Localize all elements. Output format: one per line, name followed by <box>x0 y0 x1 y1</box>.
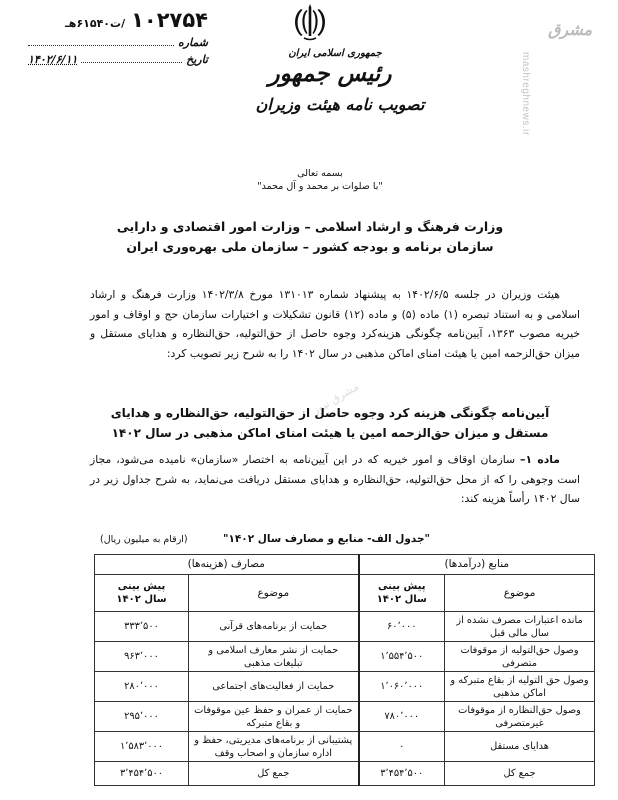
source-subject-cell: هدایای مستقل <box>445 732 595 762</box>
use-value-cell: ۲۸۰٬۰۰۰ <box>95 672 189 702</box>
forecast-header-line-1: پیش بینی <box>99 580 184 593</box>
use-subject-cell: حمایت از عمران و حفظ عین موقوفات و بقاع … <box>189 702 359 732</box>
addressees: وزارت فرهنگ و ارشاد اسلامی – وزارت امور … <box>100 217 520 257</box>
addressees-line-1: وزارت فرهنگ و ارشاد اسلامی – وزارت امور … <box>100 217 520 237</box>
source-value-cell: ۷۸۰٬۰۰۰ <box>359 702 445 732</box>
table-row: هدایای مستقل ۰ پشتیبانی از برنامه‌های مد… <box>95 732 595 762</box>
use-subject-cell: حمایت از نشر معارف اسلامی و تبلیغات مذهب… <box>189 642 359 672</box>
table-title: "جدول الف- منابع و مصارف سال ۱۴۰۲" <box>223 533 430 545</box>
table-total-row: جمع کل ۳٬۴۵۴٬۵۰۰ جمع کل ۳٬۴۵۴٬۵۰۰ <box>95 762 595 786</box>
regulation-title: آیین‌نامه چگونگی هزینه کرد وجوه حاصل از … <box>100 403 560 443</box>
use-value-cell: ۱٬۵۸۳٬۰۰۰ <box>95 732 189 762</box>
source-value-cell: ۶۰٬۰۰۰ <box>359 612 445 642</box>
bismillah-line-1: بسمه تعالی <box>150 167 490 180</box>
sources-header: منابع (درآمدها) <box>359 555 595 575</box>
regulation-title-line-2: مستقل و میزان حق‌الزحمه امین یا هیئت امن… <box>100 423 560 443</box>
table-row: مانده اعتبارات مصرف نشده از سال مالی قبل… <box>95 612 595 642</box>
budget-table: منابع (درآمدها) مصارف (هزینه‌ها) موضوع پ… <box>94 554 595 786</box>
table-column-header-row: موضوع پیش بینی سال ۱۴۰۲ موضوع پیش بینی س… <box>95 575 595 612</box>
use-subject-cell: حمایت از فعالیت‌های اجتماعی <box>189 672 359 702</box>
table-group-header-row: منابع (درآمدها) مصارف (هزینه‌ها) <box>95 555 595 575</box>
table-row: وصول حق‌التولیه از موقوفات متصرفی ۱٬۵۵۴٬… <box>95 642 595 672</box>
dotted-line <box>28 37 174 46</box>
use-value-cell: ۳۳۳٬۵۰۰ <box>95 612 189 642</box>
source-total-label: جمع کل <box>445 762 595 786</box>
intro-paragraph: هیئت وزیران در جلسه ۱۴۰۲/۶/۵ به پیشنهاد … <box>90 285 580 363</box>
regulation-title-line-1: آیین‌نامه چگونگی هزینه کرد وجوه حاصل از … <box>100 403 560 423</box>
letterhead: جمهوری اسلامی ایران رئیس جمهور تصویب نام… <box>200 48 450 114</box>
date-line: تاریخ ۱۴۰۲/۶/۱۱ <box>28 53 208 66</box>
iran-emblem-icon <box>290 2 330 42</box>
source-value-cell: ۰ <box>359 732 445 762</box>
use-subject-cell: حمایت از برنامه‌های قرآنی <box>189 612 359 642</box>
registration-stamp: ۱۰۲۷۵۴ /ت۶۱۵۴۰هـ شماره تاریخ ۱۴۰۲/۶/۱۱ <box>28 8 208 66</box>
use-forecast-header: پیش بینی سال ۱۴۰۲ <box>95 575 189 612</box>
source-forecast-header: پیش بینی سال ۱۴۰۲ <box>359 575 445 612</box>
table-row: وصول حق التولیه از بقاع متبرکه و اماکن م… <box>95 672 595 702</box>
use-value-cell: ۲۹۵٬۰۰۰ <box>95 702 189 732</box>
bismillah: بسمه تعالی "با صلوات بر محمد و آل محمد" <box>150 167 490 193</box>
source-value-cell: ۱٬۵۵۴٬۵۰۰ <box>359 642 445 672</box>
article-label: ماده ۱– <box>520 453 560 466</box>
forecast-header-line-1: پیش بینی <box>364 580 441 593</box>
article-text: سازمان اوقاف و امور خیریه که در این آیین… <box>90 453 580 505</box>
source-subject-cell: وصول حق‌التولیه از موقوفات متصرفی <box>445 642 595 672</box>
forecast-header-line-2: سال ۱۴۰۲ <box>99 593 184 606</box>
intro-text: هیئت وزیران در جلسه ۱۴۰۲/۶/۵ به پیشنهاد … <box>90 288 580 360</box>
number-line: شماره <box>28 36 208 49</box>
use-subject-cell: پشتیبانی از برنامه‌های مدیریتی، حفظ و اد… <box>189 732 359 762</box>
addressees-line-2: سازمان برنامه و بودجه کشور – سازمان ملی … <box>100 237 520 257</box>
dotted-line <box>81 54 182 63</box>
table-unit: (ارقام به میلیون ریال) <box>100 534 188 545</box>
decree-number: ۱۰۲۷۵۴ <box>131 8 208 32</box>
use-total-value: ۳٬۴۵۴٬۵۰۰ <box>95 762 189 786</box>
use-value-cell: ۹۶۳٬۰۰۰ <box>95 642 189 672</box>
source-subject-cell: وصول حق التولیه از بقاع متبرکه و اماکن م… <box>445 672 595 702</box>
source-value-cell: ۱٬۰۶۰٬۰۰۰ <box>359 672 445 702</box>
cabinet-approval-title: تصویب نامه هیئت وزیران <box>230 95 450 114</box>
bismillah-line-2: "با صلوات بر محمد و آل محمد" <box>150 180 490 193</box>
source-subject-cell: وصول حق‌النظاره از موقوفات غیرمتصرفی <box>445 702 595 732</box>
watermark-logo: مشرق <box>548 20 592 39</box>
watermark-site: mashreghnews.ir <box>520 52 531 152</box>
source-subject-cell: مانده اعتبارات مصرف نشده از سال مالی قبل <box>445 612 595 642</box>
article-1: ماده ۱– سازمان اوقاف و امور خیریه که در … <box>90 450 580 509</box>
source-subject-header: موضوع <box>445 575 595 612</box>
republic-title: جمهوری اسلامی ایران <box>220 48 450 59</box>
source-total-value: ۳٬۴۵۴٬۵۰۰ <box>359 762 445 786</box>
decree-reference: /ت۶۱۵۴۰هـ <box>65 17 125 30</box>
decree-date: ۱۴۰۲/۶/۱۱ <box>28 53 77 66</box>
use-total-label: جمع کل <box>189 762 359 786</box>
table-caption: "جدول الف- منابع و مصارف سال ۱۴۰۲" (ارقا… <box>100 533 570 545</box>
table-row: وصول حق‌النظاره از موقوفات غیرمتصرفی ۷۸۰… <box>95 702 595 732</box>
uses-header: مصارف (هزینه‌ها) <box>95 555 359 575</box>
decree-page: ۱۰۲۷۵۴ /ت۶۱۵۴۰هـ شماره تاریخ ۱۴۰۲/۶/۱۱ ج… <box>0 0 618 800</box>
president-title: رئیس جمهور <box>210 59 450 89</box>
use-subject-header: موضوع <box>189 575 359 612</box>
forecast-header-line-2: سال ۱۴۰۲ <box>364 593 441 606</box>
